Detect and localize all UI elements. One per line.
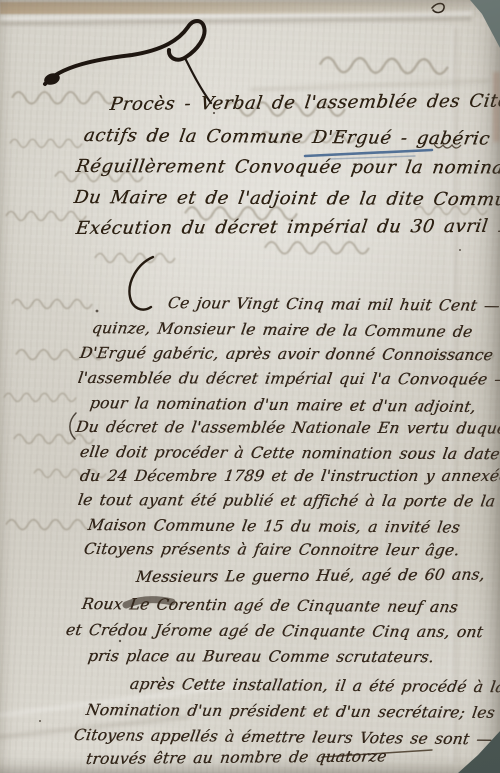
- body-line-3: D'Ergué gabéric, après avoir donné Conno…: [79, 344, 500, 364]
- body-line-16: après Cette installation, il a été procé…: [129, 675, 500, 696]
- body-line-8: du 24 Décembre 1789 et de l'instruction …: [79, 467, 500, 485]
- title-line-3: Réguillèrement Convoquée pour la nominat…: [74, 156, 500, 179]
- body-line-12: Messieurs Le guerno Hué, agé de 60 ans,: [135, 566, 486, 586]
- body-line-17: Nomination d'un président et d'un secrét…: [85, 701, 496, 722]
- body-line-6: Du décret de l'assemblée Nationale En ve…: [75, 418, 500, 438]
- manuscript-photo: Procès - Verbal de l'assemblée des Citoy…: [0, 0, 500, 773]
- body-line-9: le tout ayant été publié et affiché à la…: [77, 491, 497, 510]
- body-line-19: trouvés être au nombre de quatorze: [85, 747, 388, 768]
- body-line-15: pris place au Bureau Comme scrutateurs.: [87, 647, 436, 666]
- body-line-14: et Crédou Jérome agé de Cinquante Cinq a…: [65, 621, 485, 641]
- title-line-2: actifs de la Commune D'Ergué - gabéric: [82, 125, 491, 150]
- top-curl-mark: [432, 4, 444, 13]
- body-line-7: elle doit procéder à Cette nomination so…: [79, 443, 500, 463]
- initial-flourish-c: [129, 257, 153, 310]
- body-line-1: Ce jour Vingt Cinq mai mil huit Cent —: [167, 294, 500, 315]
- body-line-11: Citoyens présents à faire Connoitre leur…: [83, 540, 461, 559]
- title-line-5: Exécution du décret impérial du 30 avril…: [75, 216, 500, 240]
- body-line-13: Roux Le Corentin agé de Cinquante neuf a…: [81, 595, 460, 616]
- body-line-10: Maison Commune le 15 du mois, a invité l…: [87, 516, 462, 537]
- body-line-4: l'assemblée du décret impérial qui l'a C…: [77, 369, 500, 388]
- manuscript-paper: Procès - Verbal de l'assemblée des Citoy…: [0, 0, 500, 773]
- title-line-1: Procès - Verbal de l'assemblée des Citoy…: [109, 90, 500, 115]
- initial-flourish-p: [43, 21, 211, 103]
- title-line-4: Du Maire et de l'adjoint de la dite Comm…: [72, 187, 500, 211]
